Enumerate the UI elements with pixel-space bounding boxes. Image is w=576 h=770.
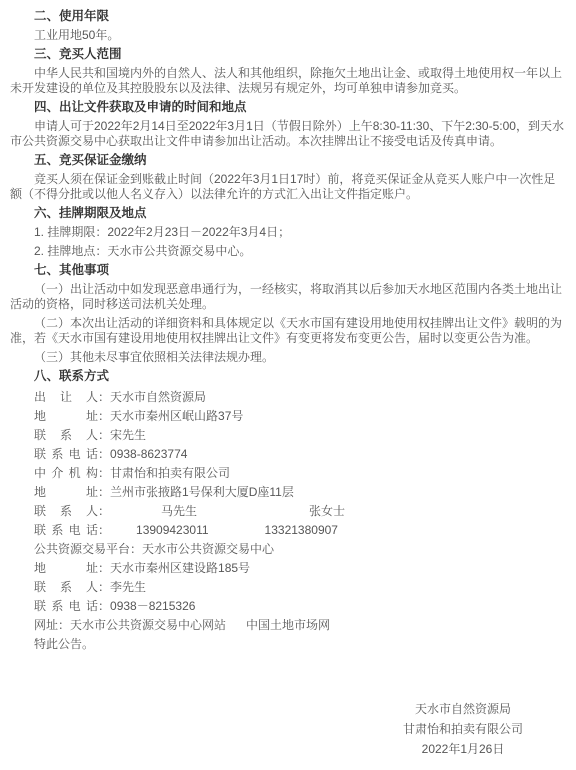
contact-colon: ：: [98, 409, 110, 423]
contact-label: 地址: [34, 483, 98, 502]
contact-value: 天水市公共资源交易中心: [142, 542, 274, 556]
contact-label: 联系人: [34, 502, 98, 521]
contact-label: 地址: [34, 407, 98, 426]
contact-label: 联系人: [34, 578, 98, 597]
contact-row-address: 地址：天水市秦州区建设路185号: [10, 559, 566, 578]
paragraph: 竞买人须在保证金到账截止时间（2022年3月1日17时）前，将竞买保证金从竞买人…: [10, 172, 566, 202]
paragraph: （一）出让活动中如发现恶意串通行为，一经核实，将取消其以后参加天水地区范围内各类…: [10, 282, 566, 312]
section-heading-usage-term: 二、使用年限: [10, 9, 566, 24]
contact-row-agency: 中介机构：甘肃怡和拍卖有限公司: [10, 464, 566, 483]
paragraph: 申请人可于2022年2月14日至2022年3月1日（节假日除外）上午8:30-1…: [10, 119, 566, 149]
announcement-document: 二、使用年限 工业用地50年。 三、竞买人范围 中华人民共和国境内外的自然人、法…: [0, 0, 576, 759]
contact-value: 天水市秦州区岷山路37号: [110, 409, 243, 423]
contact-value: 马先生: [161, 504, 197, 518]
section-heading-contact-info: 八、联系方式: [10, 369, 566, 384]
section-heading-document-obtainment: 四、出让文件获取及申请的时间和地点: [10, 100, 566, 115]
contact-colon: ：: [98, 466, 110, 480]
paragraph: 中华人民共和国境内外的自然人、法人和其他组织，除拖欠土地出让金、或取得土地使用权…: [10, 66, 566, 96]
contact-label: 联系电话: [34, 521, 98, 540]
contact-value: 兰州市张掖路1号保利大厦D座11层: [110, 485, 294, 499]
footer-issuer-auction-company: 甘肃怡和拍卖有限公司: [396, 719, 530, 739]
contact-row-transferor: 出让人：天水市自然资源局: [10, 388, 566, 407]
contact-row-person: 联系人：马先生张女士: [10, 502, 566, 521]
contact-value-2: 中国土地市场网: [246, 618, 330, 632]
contact-colon: ：: [98, 428, 110, 442]
contact-colon: ：: [98, 599, 110, 613]
contact-label: 中介机构: [34, 464, 98, 483]
contact-colon: ：: [98, 485, 110, 499]
contact-value: 天水市秦州区建设路185号: [110, 561, 250, 575]
closing-statement: 特此公告。: [10, 635, 566, 654]
contact-label: 地址: [34, 559, 98, 578]
contact-colon: ：: [98, 580, 110, 594]
contact-colon: ：: [98, 504, 110, 518]
contact-colon: ：: [98, 390, 110, 404]
contact-colon: ：: [130, 542, 142, 556]
paragraph: 1. 挂牌期限：2022年2月23日－2022年3月4日；: [10, 225, 566, 240]
contact-row-person: 联系人：李先生: [10, 578, 566, 597]
contact-value-2: 张女士: [309, 504, 345, 518]
contact-label: 联系电话: [34, 597, 98, 616]
footer-issuer-bureau: 天水市自然资源局: [396, 699, 530, 719]
contact-colon: ：: [98, 447, 110, 461]
section-heading-deposit-payment: 五、竞买保证金缴纳: [10, 153, 566, 168]
contact-colon: ：: [98, 561, 110, 575]
contact-value: 李先生: [110, 580, 146, 594]
contact-value: 甘肃怡和拍卖有限公司: [110, 466, 230, 480]
contact-value: 天水市自然资源局: [110, 390, 206, 404]
contact-block: 出让人：天水市自然资源局 地址：天水市秦州区岷山路37号 联系人：宋先生 联系电…: [10, 388, 566, 654]
paragraph: 2. 挂牌地点：天水市公共资源交易中心。: [10, 244, 566, 259]
contact-row-address: 地址：兰州市张掖路1号保利大厦D座11层: [10, 483, 566, 502]
contact-row-phone: 联系电话：0938－8215326: [10, 597, 566, 616]
footer-signature: 天水市自然资源局 甘肃怡和拍卖有限公司 2022年1月26日: [396, 699, 530, 759]
contact-label: 联系人: [34, 426, 98, 445]
section-heading-bidder-scope: 三、竞买人范围: [10, 47, 566, 62]
footer-date: 2022年1月26日: [396, 739, 530, 759]
contact-row-trading-platform: 公共资源交易平台：天水市公共资源交易中心: [10, 540, 566, 559]
paragraph: （二）本次出让活动的详细资料和具体规定以《天水市国有建设用地使用权挂牌出让文件》…: [10, 316, 566, 346]
contact-label: 公共资源交易平台: [34, 542, 130, 556]
contact-value: 宋先生: [110, 428, 146, 442]
contact-value: 0938-8623774: [110, 447, 187, 461]
section-heading-other-matters: 七、其他事项: [10, 263, 566, 278]
contact-row-phone: 联系电话：1390942301113321380907: [10, 521, 566, 540]
contact-value-2: 13321380907: [265, 523, 338, 537]
contact-colon: ：: [98, 523, 110, 537]
contact-value: 13909423011: [136, 523, 209, 537]
section-heading-listing-period: 六、挂牌期限及地点: [10, 206, 566, 221]
contact-row-address: 地址：天水市秦州区岷山路37号: [10, 407, 566, 426]
contact-row-person: 联系人：宋先生: [10, 426, 566, 445]
contact-row-phone: 联系电话：0938-8623774: [10, 445, 566, 464]
contact-row-websites: 网址：天水市公共资源交易中心网站中国土地市场网: [10, 616, 566, 635]
contact-colon: ：: [58, 618, 70, 632]
contact-label: 网址: [34, 618, 58, 632]
contact-value: 天水市公共资源交易中心网站: [70, 618, 226, 632]
contact-label: 出让人: [34, 388, 98, 407]
paragraph: （三）其他未尽事宜依照相关法律法规办理。: [10, 350, 566, 365]
contact-label: 联系电话: [34, 445, 98, 464]
paragraph: 工业用地50年。: [10, 28, 566, 43]
contact-value: 0938－8215326: [110, 599, 195, 613]
